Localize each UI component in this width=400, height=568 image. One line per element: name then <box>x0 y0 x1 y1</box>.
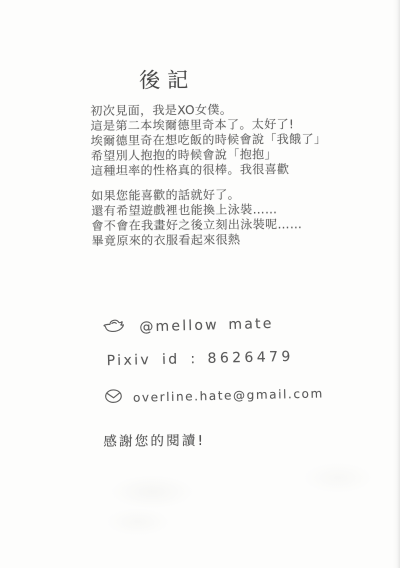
twitter-handle: @mellow mate <box>139 316 274 336</box>
pixiv-label: Pixiv id : <box>106 351 197 369</box>
page-content: 後記 初次見面，我是XO女僕。 這是第二本埃爾德里奇本了。太好了! 埃爾德里奇在… <box>0 0 400 568</box>
envelope-icon <box>104 388 123 408</box>
email-address: overline.hate@gmail.com <box>133 386 324 404</box>
page-title: 後記 <box>139 64 195 94</box>
bird-icon <box>101 316 127 341</box>
twitter-contact-row: @mellow mate <box>101 312 274 340</box>
closing-thanks: 感謝您的閱讀! <box>103 429 205 450</box>
paragraph-line: 這種坦率的性格真的很棒。我很喜歡 <box>91 162 327 179</box>
afterword-paragraph-1: 初次見面，我是XO女僕。 這是第二本埃爾德里奇本了。太好了! 埃爾德里奇在想吃飯… <box>90 102 326 179</box>
paragraph-line: 埃爾德里奇在想吃飯的時候會說「我餓了」 <box>91 132 327 149</box>
pixiv-id: 8626479 <box>207 349 293 367</box>
paragraph-line: 會不會在我畫好之後立刻出泳裝呢…… <box>91 217 302 234</box>
scanned-afterword-page: 後記 初次見面，我是XO女僕。 這是第二本埃爾德里奇本了。太好了! 埃爾德里奇在… <box>0 0 400 568</box>
email-contact-row: overline.hate@gmail.com <box>104 383 324 408</box>
pixiv-contact-row: Pixiv id : 8626479 <box>106 349 293 369</box>
afterword-paragraph-2: 如果您能喜歡的話就好了。 還有希望遊戲裡也能換上泳裝…… 會不會在我畫好之後立刻… <box>91 187 302 249</box>
paragraph-line: 畢竟原來的衣服看起來很熱 <box>92 232 303 249</box>
